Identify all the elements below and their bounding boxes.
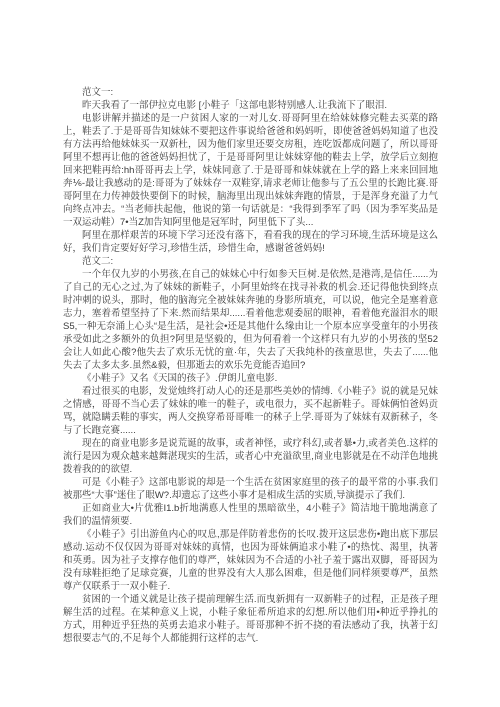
paragraph: 电影讲解并描述的是一户贫困人家的一对儿女.哥哥阿里在给妹妹修完鞋去买菜的路上，鞋… [63, 112, 438, 229]
paragraph: 阿里在那样艰苦的环境下学习还没有落下，看看我的现在的学习环境,生活环境是这么好，… [63, 229, 438, 255]
paragraph: 《小鞋子》引出游鱼内心的叹息,那是伴防着悲伤的长叹.拨开这层悲伤•跑出底下那层感… [63, 528, 438, 593]
document-viewer: 范文一:昨天我看了一部伊拉克电影 [小鞋子「这部电影特别感人.让我流下了眼泪.电… [0, 0, 500, 707]
paragraph: 现在的商业电影多是说荒诞的故事，或者神怪，或疗科幻,或者暴•力,或者美色.这样的… [63, 437, 438, 476]
paragraph: 范文二: [63, 255, 438, 268]
paragraph: 看过很买的电影，发觉烛终打动人心的还是那些美妙的情缚.《小鞋子》说的就是兄妹之情… [63, 385, 438, 437]
document-page: 范文一:昨天我看了一部伊拉克电影 [小鞋子「这部电影特别感人.让我流下了眼泪.电… [0, 0, 500, 707]
paragraph: 昨天我看了一部伊拉克电影 [小鞋子「这部电影特别感人.让我流下了眼泪. [63, 99, 438, 112]
essay-text-body: 范文一:昨天我看了一部伊拉克电影 [小鞋子「这部电影特别感人.让我流下了眼泪.电… [63, 86, 438, 645]
paragraph: 正如商业大•片优雅I1.b折地满悳人性里的黑暗欲坐，4小鞋子》简洁地干脆地满意了… [63, 502, 438, 528]
paragraph: 《小鞋子》又名《天国的孩子》.伊朗儿童电影. [63, 372, 438, 385]
paragraph: 范文一: [63, 86, 438, 99]
paragraph: 可是《小鞋子》这部电影说的却是一个生活在贫困家庭里的孩子的最平常的小事.我们被那… [63, 476, 438, 502]
paragraph: 一个年仅九岁的小男孩,在自己的妹妹心中行如参天巨树.是依然,是港湾,是信任...… [63, 268, 438, 372]
paragraph: 贫困的一个通义就是让孩子提前理解生活.而曳新拥有一双新鞋子的过程，正是孩子理解生… [63, 593, 438, 645]
